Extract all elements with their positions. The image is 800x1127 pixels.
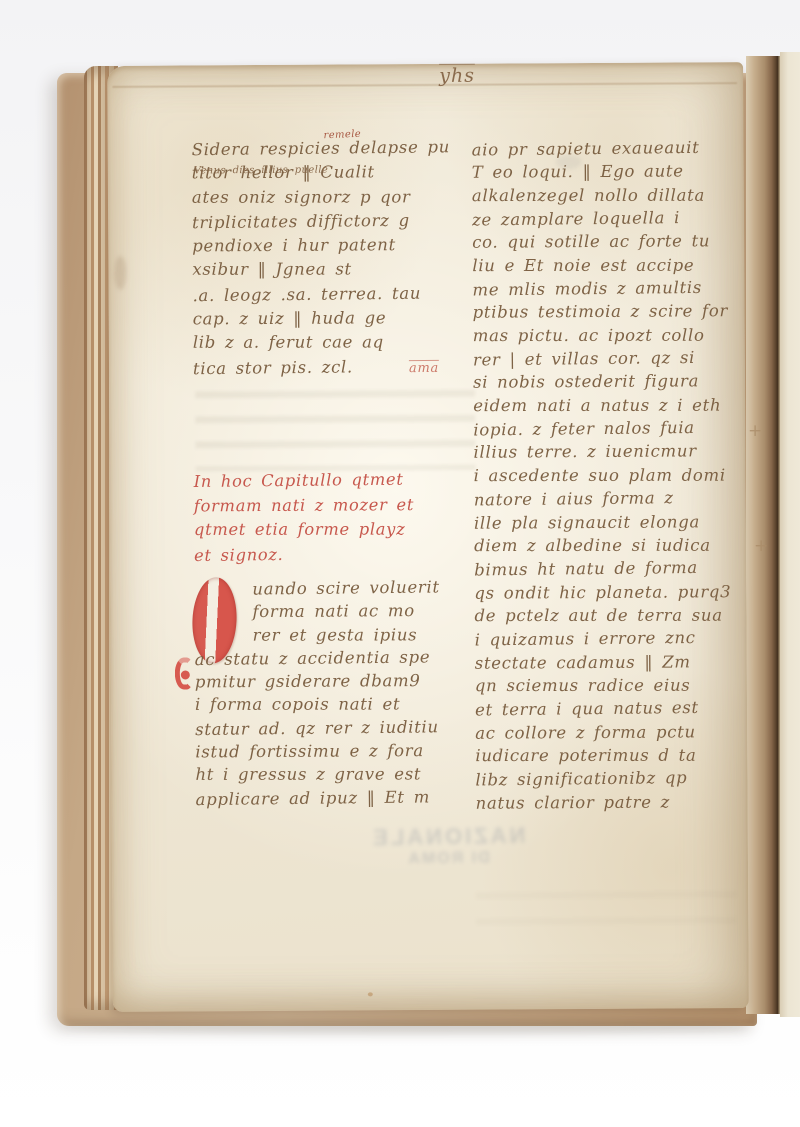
manuscript-text-line: ht i gressus z grave est	[195, 763, 440, 787]
interlinear-gloss: Venus dies illius puelle	[194, 159, 329, 184]
manuscript-text-line: qs ondit hic planeta. purq3	[474, 580, 759, 605]
manuscript-text-line: istud fortissimu e z fora	[195, 739, 441, 764]
foxing-spot	[368, 992, 373, 996]
margin-cross-mark-1: +	[748, 421, 762, 441]
left-column-paragraph: uando scire volueritforma nati ac morer …	[194, 576, 441, 810]
manuscript-text-line: uando scire voluerit	[252, 575, 440, 600]
manuscript-text-line: rer | et villas cor. qz si	[473, 345, 758, 372]
manuscript-text-line: i forma copois nati et	[195, 693, 440, 717]
manuscript-text-line: rer et gesta ipius	[253, 623, 440, 647]
manuscript-text-line: iopia. z feter nalos fuia	[473, 415, 758, 442]
red-end-word: ama	[409, 357, 439, 381]
manuscript-text-line: statur ad. qz rer z iuditiu	[195, 715, 441, 741]
manuscript-text-line: natore i aius forma z	[474, 485, 759, 512]
manuscript-page: yhs remele Venus dies illius puelle Side…	[107, 62, 749, 1012]
manuscript-text-line: co. qui sotille ac forte tu	[472, 229, 757, 254]
edge-smudge	[114, 256, 126, 290]
manuscript-photo: yhs remele Venus dies illius puelle Side…	[0, 0, 800, 1127]
christogram-yhs: yhs	[439, 64, 475, 89]
rubric-line: et signoz.	[194, 541, 414, 568]
manuscript-text-line: me mlis modis z amultis	[472, 275, 757, 302]
rubric-line: formam nati z mozer et	[194, 493, 414, 519]
manuscript-text-line: T eo loqui. ‖ Ego aute	[472, 159, 757, 184]
manuscript-text-line: ze zamplare loquella i	[472, 205, 757, 232]
manuscript-text-line: applicare ad ipuz ‖ Et m	[195, 785, 441, 811]
manuscript-text-line: triplicitates diffictorz g	[192, 208, 487, 236]
manuscript-text-line: liu e Et noie est accipe	[472, 253, 757, 277]
manuscript-text-line: cap. z uiz ‖ huda ge	[193, 306, 488, 332]
manuscript-text-line: mas pictu. ac ipozt collo	[473, 323, 758, 347]
manuscript-text-line: iudicare poterimus d ta	[475, 744, 760, 768]
manuscript-text-line: pendioxe i hur patent	[192, 233, 487, 259]
manuscript-text-line: ates oniz signorz p qor	[192, 185, 487, 210]
book-shadow	[60, 1022, 755, 1034]
facing-page-edge	[780, 52, 800, 1017]
manuscript-text-line: aio pr sapietu exaueauit	[472, 135, 757, 162]
manuscript-text-line: natus clarior patre z	[476, 790, 761, 815]
manuscript-text-line: ille pla signaucit elonga	[474, 509, 759, 534]
rubric-line: In hoc Capitullo qtmet	[194, 468, 414, 495]
manuscript-text-line: .a. leogz .sa. terrea. tau	[192, 281, 487, 309]
manuscript-text-line: i quizamus i errore znc	[475, 625, 760, 652]
red-paraph-mark	[175, 657, 193, 689]
library-stamp-bleedthrough: NAZIONALE DI ROMA	[308, 822, 589, 870]
gray-smudge	[556, 155, 582, 169]
manuscript-text-line: lib z a. ferut cae aq	[193, 331, 488, 356]
manuscript-text-line: qn sciemus radice eius	[475, 674, 760, 698]
manuscript-text-line: si nobis ostederit figura	[473, 369, 758, 394]
manuscript-text-line: alkalenzegel nollo dillata	[472, 183, 757, 207]
manuscript-text-line: diem z albedine si iudica	[474, 533, 759, 557]
manuscript-text-line: i ascedente suo plam domi	[474, 463, 759, 487]
manuscript-text-line: et terra i qua natus est	[475, 695, 760, 722]
manuscript-text-line: libz significationibz qp	[475, 766, 760, 793]
manuscript-text-line: forma nati ac mo	[252, 599, 440, 623]
ink-bleedthrough-patch	[195, 382, 476, 472]
chapter-rubric: In hoc Capitullo qtmetformam nati z moze…	[194, 468, 415, 568]
margin-cross-mark-2: +	[754, 536, 768, 556]
manuscript-text-line: bimus ht natu de forma	[474, 555, 759, 582]
manuscript-text-line: eidem nati a natus z i eth	[473, 393, 758, 417]
manuscript-text-line: stectate cadamus ‖ Zm	[475, 650, 760, 675]
manuscript-text-line: ptibus testimoia z scire for	[473, 299, 758, 324]
right-column-block: aio pr sapietu exaueauitT eo loqui. ‖ Eg…	[472, 136, 761, 815]
manuscript-text-line: de pctelz aut de terra sua	[474, 603, 759, 627]
manuscript-text-line: pmitur gsiderare dbam9	[195, 669, 441, 694]
ink-bleedthrough-patch-2	[476, 882, 736, 944]
manuscript-text-line: xsibur ‖ Jgnea st	[192, 258, 487, 283]
manuscript-text-line: ac statu z accidentia spe	[195, 645, 441, 671]
manuscript-text-line: tica stor pis. zcl.	[193, 354, 488, 382]
manuscript-text-line: illius terre. z iuenicmur	[473, 439, 758, 464]
rubric-line: qtmet etia forme playz	[194, 518, 414, 543]
stamp-line-2: DI ROMA	[308, 848, 588, 870]
underlying-leaf-edge	[112, 82, 737, 88]
manuscript-text-line: ac collore z forma pctu	[475, 720, 760, 745]
